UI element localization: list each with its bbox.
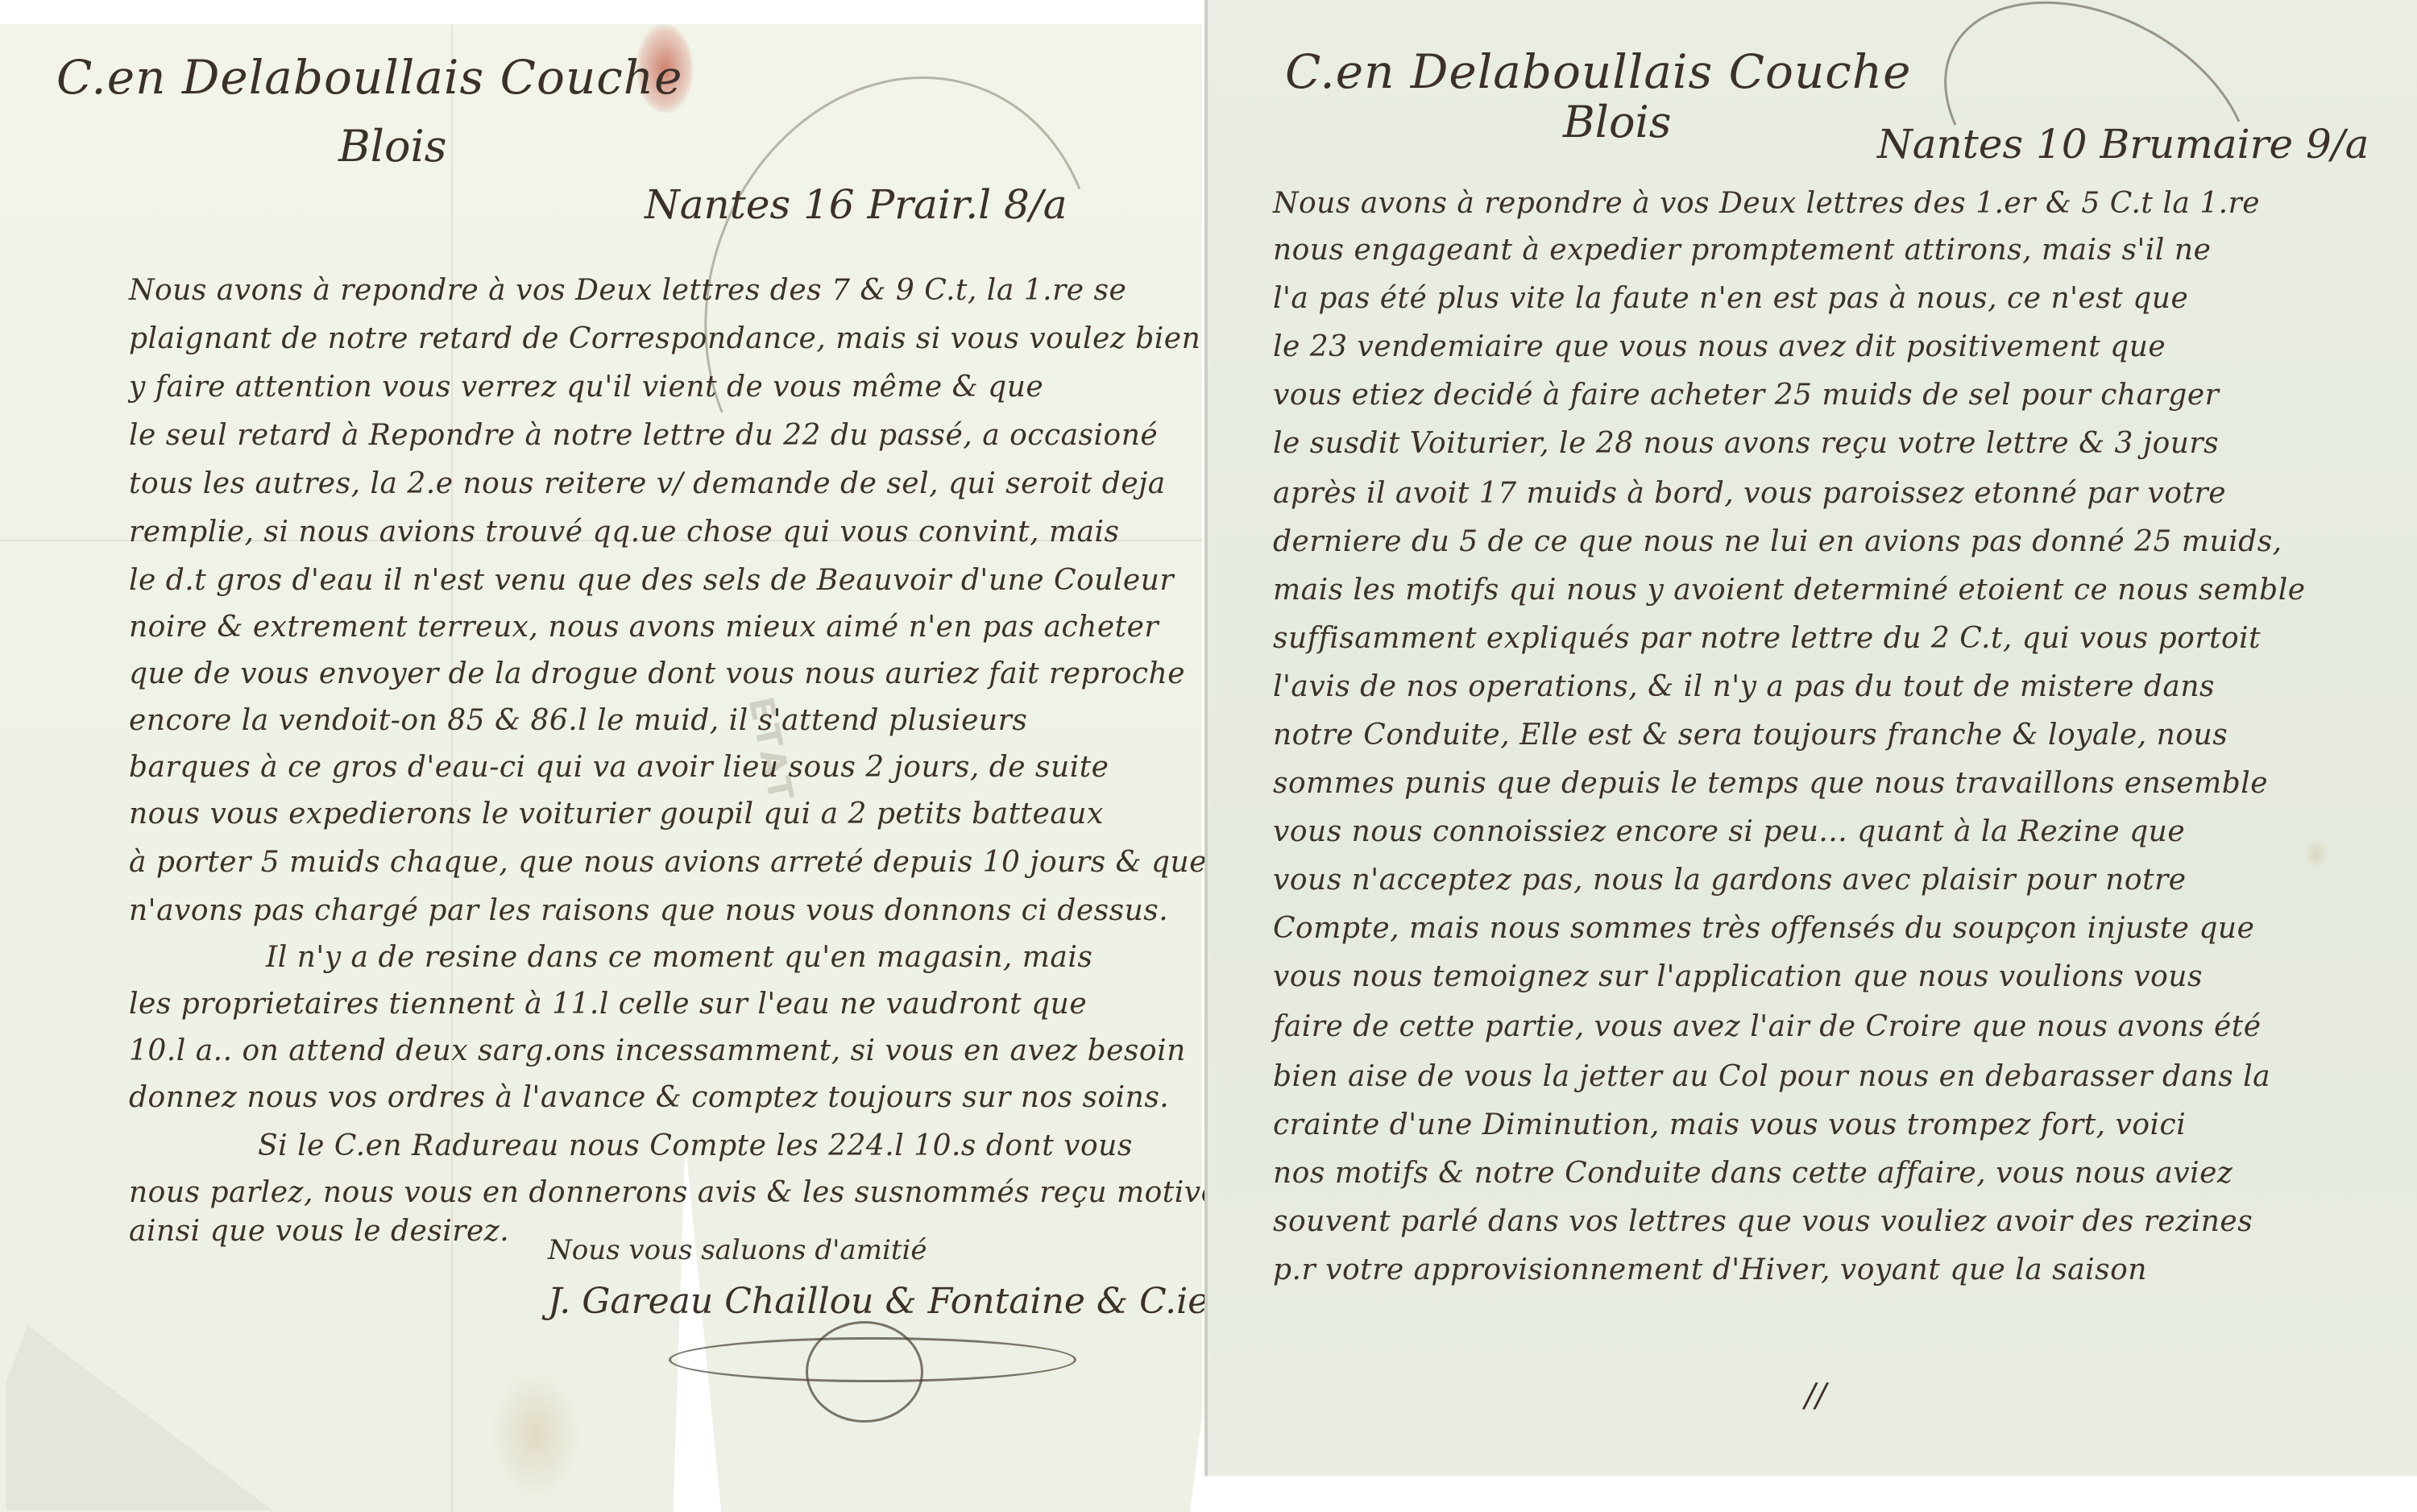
body-line: crainte d'une Diminution, mais vous vous… — [1273, 1108, 2186, 1141]
body-line: Compte, mais nous sommes très offensés d… — [1273, 912, 2254, 945]
body-line: Si le C.en Radureau nous Compte les 224.… — [258, 1129, 1133, 1162]
addressee-left: C.en Delaboullais Couche — [56, 50, 682, 105]
body-line: sommes punis que depuis le temps que nou… — [1273, 767, 2268, 800]
body-line: le 23 vendemiaire que vous nous avez dit… — [1273, 330, 2166, 363]
body-line: vous n'acceptez pas, nous la gardons ave… — [1273, 864, 2187, 897]
page-continuation-mark: // — [1805, 1377, 1826, 1415]
body-line: nous engageant à expedier promptement at… — [1273, 234, 2211, 267]
body-line: vous nous connoissiez encore si peu... q… — [1273, 815, 2185, 848]
body-line: l'avis de nos operations, & il n'y a pas… — [1273, 670, 2215, 703]
body-line: l'a pas été plus vite la faute n'en est … — [1273, 282, 2188, 315]
body-line: p.r votre approvisionnement d'Hiver, voy… — [1273, 1253, 2147, 1286]
body-line: Nous avons à repondre à vos Deux lettres… — [1273, 187, 2260, 220]
body-line: plaignant de notre retard de Corresponda… — [129, 322, 1200, 355]
body-line: Il n'y a de resine dans ce moment qu'en … — [266, 941, 1092, 974]
body-line: les proprietaires tiennent à 11.l celle … — [129, 988, 1087, 1021]
signature-flourish-loop — [806, 1321, 923, 1423]
body-line: le seul retard à Repondre à notre lettre… — [129, 419, 1158, 452]
body-line: nous parlez, nous vous en donnerons avis… — [129, 1176, 1218, 1209]
body-line: donnez nous vos ordres à l'avance & comp… — [129, 1081, 1169, 1114]
body-line: vous etiez decidé à faire acheter 25 mui… — [1273, 379, 2219, 412]
body-line: que de vous envoyer de la drogue dont vo… — [129, 657, 1185, 690]
body-line: vous nous temoignez sur l'application qu… — [1273, 960, 2203, 993]
signature-left: J. Gareau Chaillou & Fontaine & C.ie — [548, 1281, 1208, 1322]
closing-left: Nous vous saluons d'amitié — [548, 1234, 927, 1266]
body-line: Nous avons à repondre à vos Deux lettres… — [129, 274, 1126, 307]
stain — [491, 1369, 580, 1498]
body-line: ainsi que vous le desirez. — [129, 1215, 509, 1248]
body-line: barques à ce gros d'eau-ci qui va avoir … — [129, 751, 1109, 784]
addressee-right: C.en Delaboullais Couche — [1285, 44, 1911, 99]
body-line: après il avoit 17 muids à bord, vous par… — [1273, 477, 2226, 510]
body-line: le susdit Voiturier, le 28 nous avons re… — [1273, 427, 2219, 460]
body-line: remplie, si nous avions trouvé qq.ue cho… — [129, 516, 1120, 549]
body-line: y faire attention vous verrez qu'il vien… — [129, 371, 1043, 404]
body-line: faire de cette partie, vous avez l'air d… — [1273, 1010, 2262, 1043]
city-right: Blois — [1563, 97, 1671, 147]
body-line: encore la vendoit-on 85 & 86.l le muid, … — [129, 704, 1027, 737]
body-line: bien aise de vous la jetter au Col pour … — [1273, 1060, 2270, 1093]
body-line: mais les motifs qui nous y avoient deter… — [1273, 574, 2306, 607]
body-line: tous les autres, la 2.e nous reitere v/ … — [129, 467, 1166, 500]
body-line: 10.l a.. on attend deux sarg.ons incessa… — [129, 1034, 1186, 1067]
body-line: n'avons pas chargé par les raisons que n… — [129, 894, 1168, 927]
body-line: derniere du 5 de ce que nous ne lui en a… — [1273, 525, 2282, 558]
body-line: nous vous expedierons le voiturier goupi… — [129, 797, 1104, 831]
body-line: nos motifs & notre Conduite dans cette a… — [1273, 1157, 2233, 1190]
city-left: Blois — [338, 121, 446, 172]
stain — [2304, 838, 2328, 870]
body-line: notre Conduite, Elle est & sera toujours… — [1273, 719, 2228, 752]
body-line: à porter 5 muids chaque, que nous avions… — [129, 846, 1287, 879]
body-line: noire & extrement terreux, nous avons mi… — [129, 611, 1159, 644]
body-line: suffisamment expliqués par notre lettre … — [1273, 622, 2261, 655]
body-line: le d.t gros d'eau il n'est venu que des … — [129, 564, 1174, 597]
body-line: souvent parlé dans vos lettres que vous … — [1273, 1205, 2253, 1238]
